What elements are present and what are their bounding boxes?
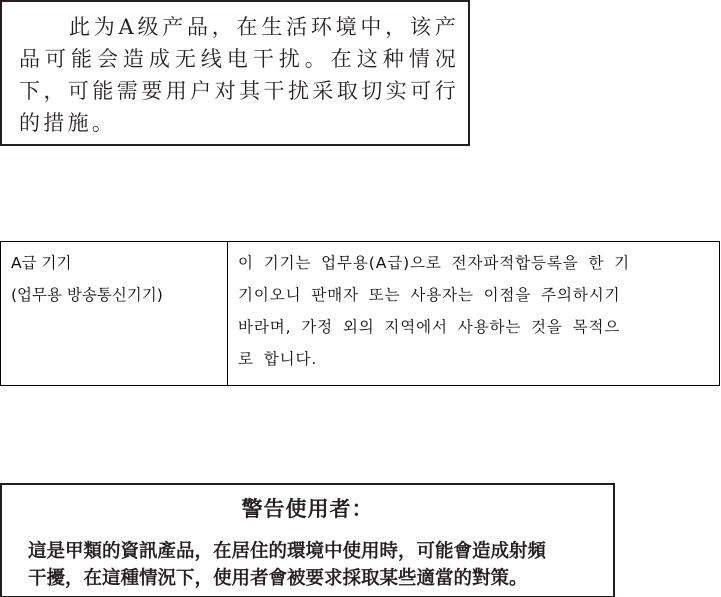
table-row: A급 기기 (업무용 방송통신기기) 이 기기는 업무용(A급)으로 전자파적합…	[1, 242, 720, 386]
warning-title: 警告使用者：	[2, 495, 613, 523]
korean-notice-table: A급 기기 (업무용 방송통신기기) 이 기기는 업무용(A급)으로 전자파적합…	[0, 241, 720, 386]
device-class-label: A급 기기	[11, 247, 217, 279]
simplified-chinese-notice-text: 此为A级产品，在生活环境中，该产品可能会造成无线电干扰。在这种情况下，可能需要用…	[19, 11, 459, 139]
device-class-description: (업무용 방송통신기기)	[11, 279, 217, 311]
simplified-chinese-notice-box: 此为A级产品，在生活环境中，该产品可能会造成无线电干扰。在这种情况下，可能需要用…	[0, 0, 470, 146]
korean-notice-line: 로 합니다.	[238, 343, 709, 375]
traditional-chinese-notice-box: 警告使用者： 這是甲類的資訊產品，在居住的環境中使用時，可能會造成射頻 干擾，在…	[0, 483, 615, 597]
korean-notice-line: 바라며, 가정 외의 지역에서 사용하는 것을 목적으	[238, 311, 709, 343]
korean-notice-line: 이 기기는 업무용(A급)으로 전자파적합등록을 한 기	[238, 247, 709, 279]
korean-notice-line: 기이오니 판매자 또는 사용자는 이점을 주의하시기	[238, 279, 709, 311]
notice-line: 干擾，在這種情況下，使用者會被要求採取某些適當的對策。	[28, 565, 598, 592]
korean-device-class-cell: A급 기기 (업무용 방송통신기기)	[1, 242, 228, 386]
korean-notice-text-cell: 이 기기는 업무용(A급)으로 전자파적합등록을 한 기 기이오니 판매자 또는…	[228, 242, 720, 386]
notice-line: 這是甲類的資訊產品，在居住的環境中使用時，可能會造成射頻	[28, 538, 598, 565]
traditional-chinese-notice-text: 這是甲類的資訊產品，在居住的環境中使用時，可能會造成射頻 干擾，在這種情況下，使…	[28, 538, 598, 592]
